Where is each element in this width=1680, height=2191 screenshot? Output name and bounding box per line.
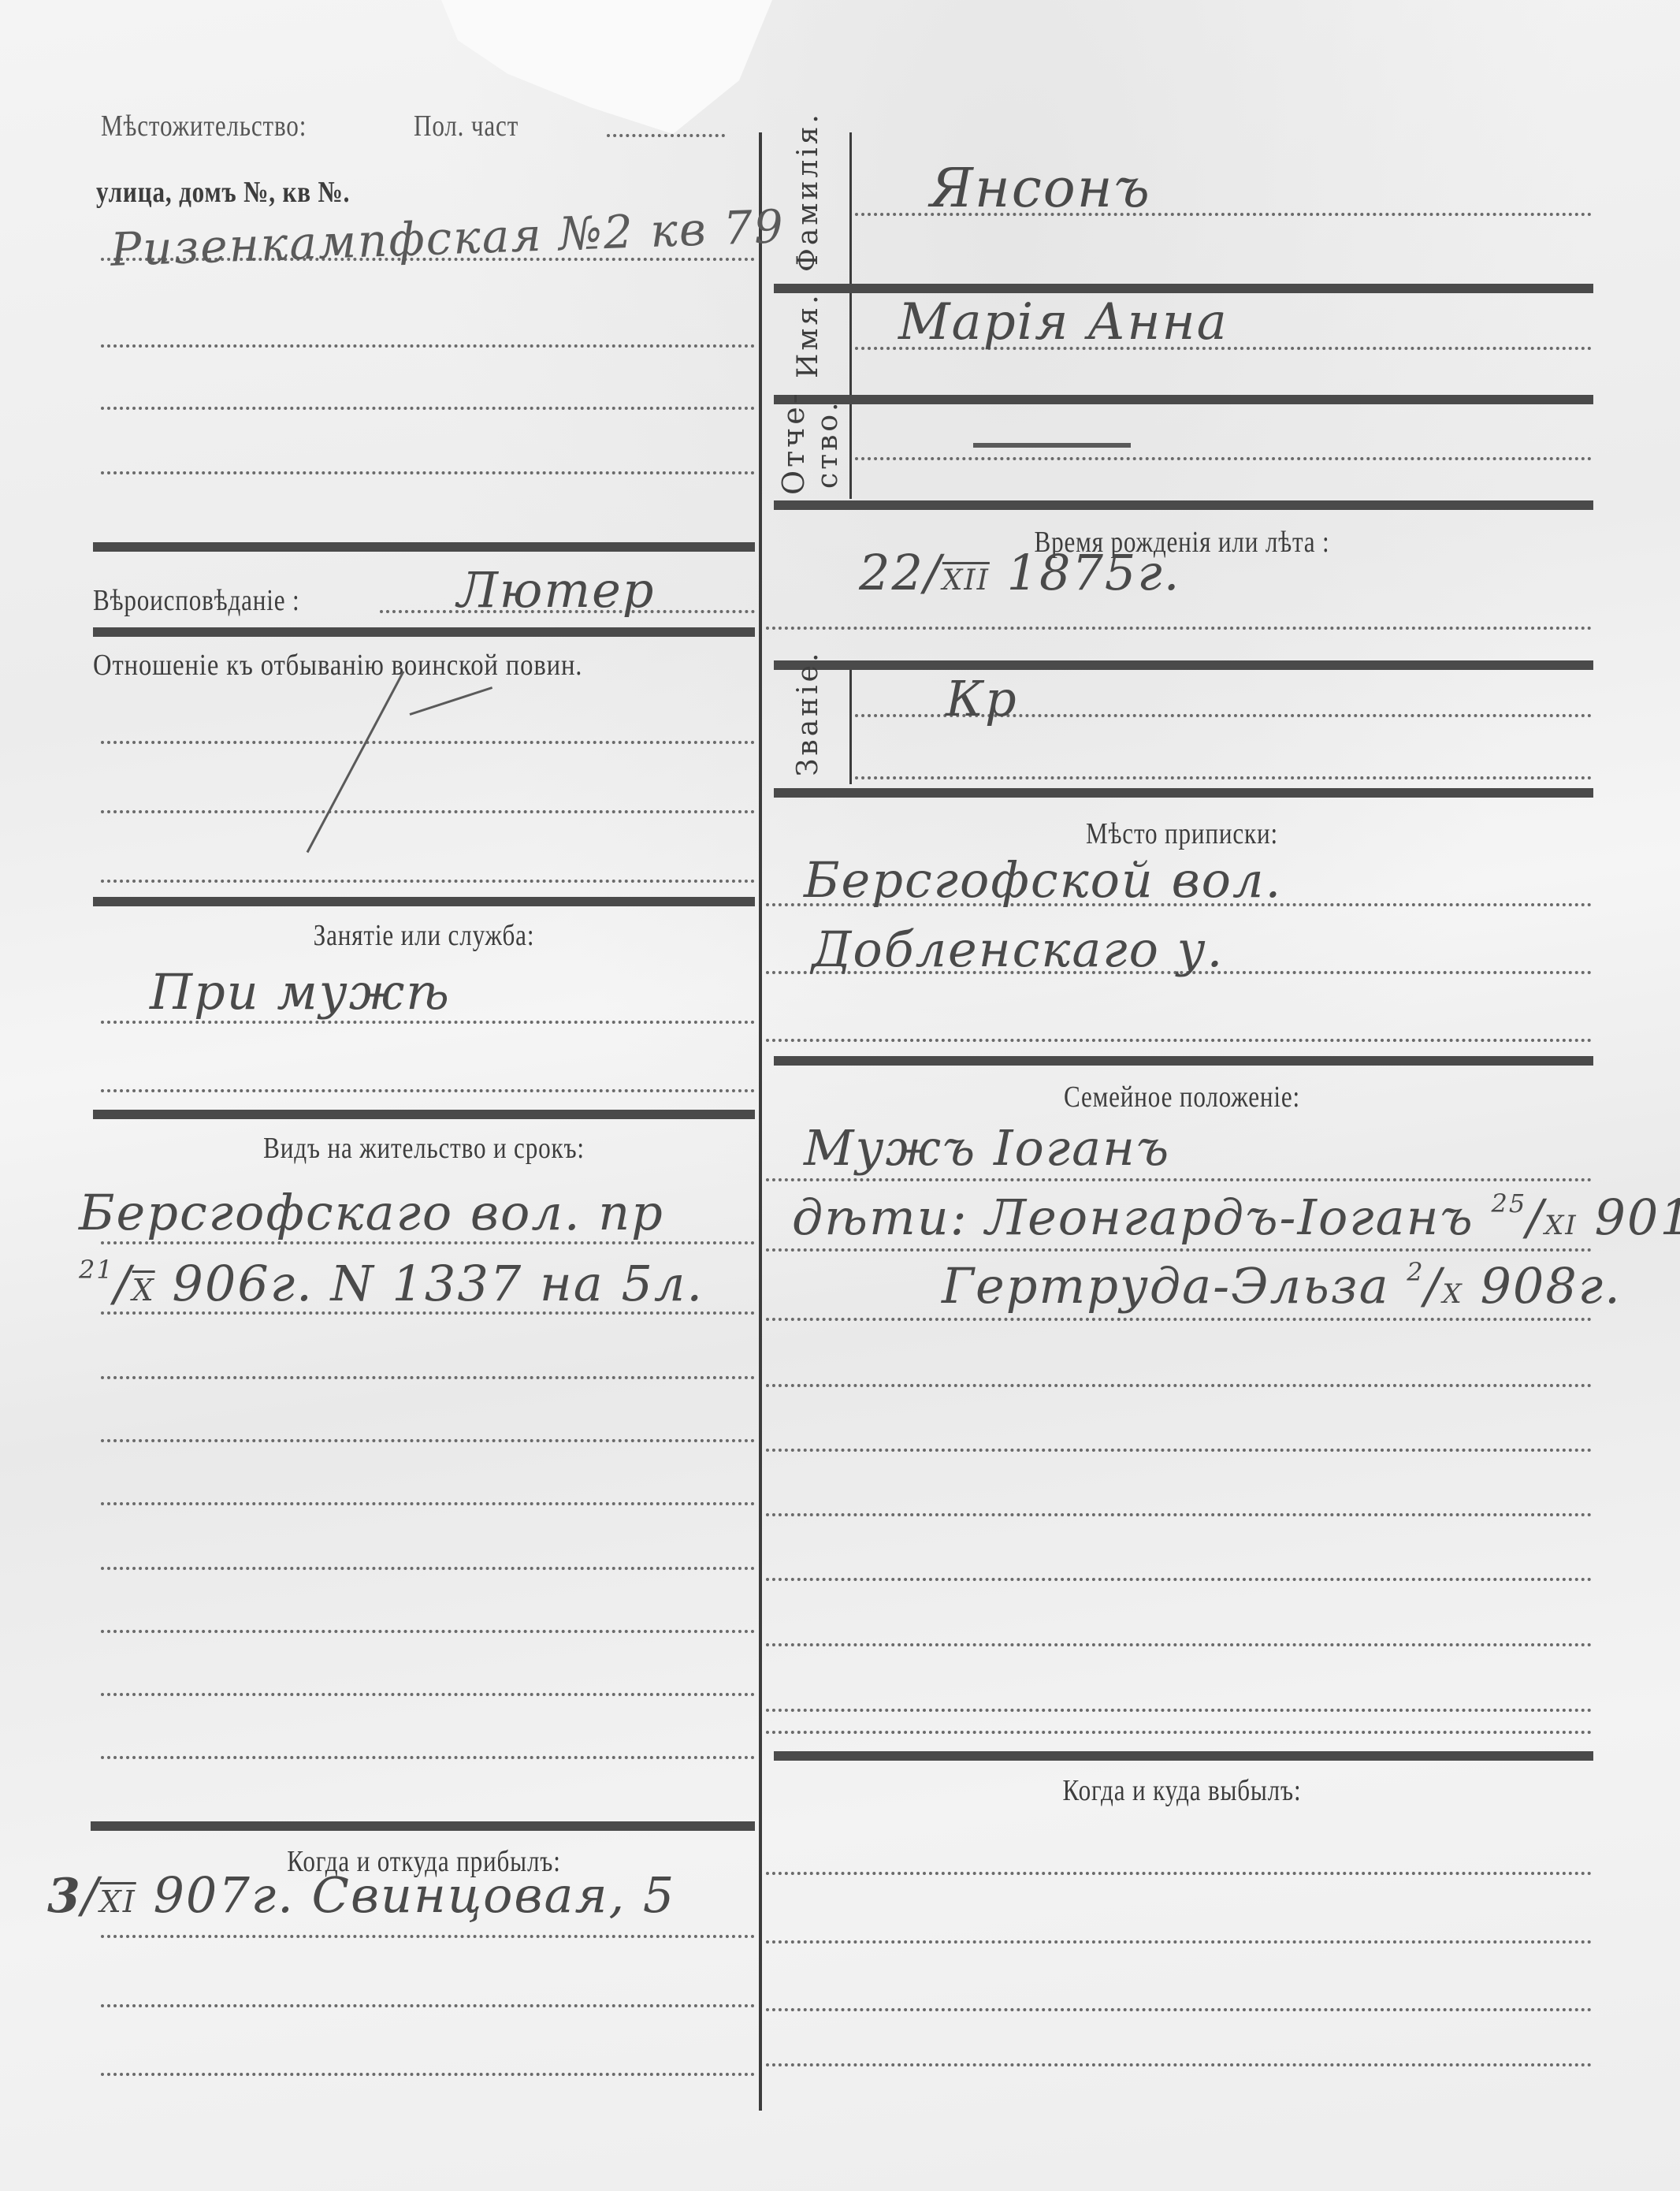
name-value[interactable]: Марія Анна bbox=[898, 293, 1228, 352]
dotted-line bbox=[766, 1940, 1592, 1944]
dotted-line bbox=[101, 407, 755, 410]
arrival-rest: 907г. Свинцовая, 5 bbox=[153, 1866, 675, 1924]
dotted-line bbox=[766, 1643, 1592, 1646]
family-husband[interactable]: Мужъ Іоганъ bbox=[804, 1119, 1170, 1177]
police-district-field[interactable] bbox=[607, 134, 725, 137]
dotted-line bbox=[766, 627, 1592, 630]
permit-month: X bbox=[132, 1273, 155, 1308]
dotted-line bbox=[766, 1449, 1592, 1452]
name-label: Имя. bbox=[792, 292, 824, 378]
dotted-line bbox=[101, 344, 755, 348]
surname-value[interactable]: Янсонъ bbox=[930, 158, 1151, 220]
fraction-slash: / bbox=[1526, 1188, 1544, 1246]
dotted-line bbox=[101, 1630, 755, 1633]
military-label: Отношеніе къ отбыванію воинской повин. bbox=[93, 648, 582, 683]
right-label-column-divider-top bbox=[849, 132, 852, 499]
dotted-line bbox=[766, 2008, 1592, 2011]
dotted-line bbox=[101, 1935, 755, 1938]
child1-day: 25 bbox=[1491, 1188, 1526, 1218]
dotted-line bbox=[766, 1384, 1592, 1387]
surname-label: Фамилія. bbox=[792, 111, 824, 272]
child1-month: XI bbox=[1544, 1210, 1578, 1241]
arrival-day: 3 bbox=[47, 1869, 82, 1924]
dotted-line bbox=[766, 1709, 1592, 1712]
dotted-line bbox=[101, 1693, 755, 1696]
fraction-slash: / bbox=[924, 544, 942, 601]
dotted-line bbox=[101, 1376, 755, 1379]
estate-value[interactable]: Кр bbox=[946, 670, 1018, 727]
residence-label: Мѣстожительство: bbox=[101, 109, 307, 143]
rule-left-5 bbox=[91, 1821, 755, 1831]
rule-right-4 bbox=[774, 660, 1593, 670]
religion-value[interactable]: Лютер bbox=[457, 561, 656, 619]
registration-line2[interactable]: Добленскаго у. bbox=[812, 921, 1224, 978]
registration-line1[interactable]: Берсгофской вол. bbox=[804, 851, 1282, 909]
birth-value[interactable]: 22/XII 1875г. bbox=[859, 544, 1180, 601]
registration-label: Мѣсто приписки: bbox=[846, 817, 1518, 851]
birth-day: 22 bbox=[859, 544, 924, 601]
residence-permit-line1[interactable]: Берсгофскаго вол. пр bbox=[79, 1184, 664, 1241]
child1-year: 901г. bbox=[1594, 1188, 1680, 1246]
family-label: Семейное положеніе: bbox=[846, 1080, 1518, 1114]
rule-right-3 bbox=[774, 500, 1593, 510]
rule-left-3 bbox=[93, 897, 755, 906]
rule-left-4 bbox=[93, 1110, 755, 1119]
children-prefix: дѣти: bbox=[792, 1188, 968, 1246]
right-label-column-divider-estate bbox=[849, 666, 852, 784]
dotted-line bbox=[101, 471, 755, 474]
residence-permit-label: Видъ на жительство и срокъ: bbox=[153, 1131, 696, 1166]
rule-right-2 bbox=[774, 395, 1593, 404]
departure-label: Когда и куда выбылъ: bbox=[846, 1773, 1518, 1808]
birth-year: 1875г. bbox=[1007, 544, 1181, 601]
dotted-line bbox=[766, 1731, 1592, 1734]
dotted-line bbox=[101, 741, 755, 744]
dotted-line bbox=[766, 1318, 1592, 1321]
fraction-slash: / bbox=[1425, 1257, 1443, 1315]
occupation-label: Занятіе или служба: bbox=[153, 918, 696, 953]
dotted-line bbox=[766, 2063, 1592, 2066]
child2-name: Гертруда-Эльза bbox=[942, 1257, 1390, 1315]
dotted-line bbox=[855, 457, 1592, 460]
rule-right-5 bbox=[774, 788, 1593, 798]
rule-right-7 bbox=[774, 1751, 1593, 1761]
dotted-line bbox=[101, 2004, 755, 2007]
dotted-line bbox=[101, 2073, 755, 2076]
fraction-slash: / bbox=[82, 1866, 100, 1924]
family-children-line1[interactable]: дѣти: Леонгардъ-Іоганъ 25/XI 901г. bbox=[792, 1188, 1680, 1246]
dotted-line bbox=[101, 1502, 755, 1505]
patronymic-label-2: ство. bbox=[812, 400, 844, 489]
dotted-line bbox=[101, 1089, 755, 1092]
dotted-line bbox=[101, 810, 755, 813]
residence-permit-line2[interactable]: 21/X 906г. N 1337 на 5л. bbox=[79, 1255, 704, 1312]
dotted-line bbox=[101, 1241, 755, 1244]
dotted-line bbox=[766, 1178, 1592, 1181]
street-label: улица, домъ №, кв №. bbox=[96, 175, 350, 210]
child2-month: X bbox=[1443, 1278, 1463, 1310]
dotted-line bbox=[101, 1756, 755, 1759]
permit-rest: 906г. N 1337 на 5л. bbox=[172, 1255, 704, 1312]
dotted-line bbox=[766, 1248, 1592, 1252]
child2-day: 2 bbox=[1407, 1257, 1424, 1287]
dotted-line bbox=[766, 1039, 1592, 1042]
family-children-line2[interactable]: Гертруда-Эльза 2/X 908г. bbox=[942, 1257, 1622, 1315]
patronymic-dash bbox=[973, 443, 1131, 448]
police-district-label: Пол. част bbox=[414, 109, 518, 143]
rule-left-1 bbox=[93, 542, 755, 552]
birth-month: XII bbox=[942, 564, 990, 597]
fraction-slash: / bbox=[114, 1255, 132, 1312]
dotted-line bbox=[101, 880, 755, 883]
dotted-line bbox=[855, 776, 1592, 779]
dotted-line bbox=[101, 1567, 755, 1570]
dotted-line bbox=[766, 1578, 1592, 1581]
dotted-line bbox=[766, 1872, 1592, 1875]
rule-right-1 bbox=[774, 284, 1593, 293]
dotted-line bbox=[766, 1513, 1592, 1516]
rule-left-2 bbox=[93, 627, 755, 637]
religion-label: Вѣроисповѣданіе : bbox=[93, 583, 299, 618]
arrival-month: XI bbox=[100, 1884, 136, 1919]
patronymic-label-1: Отче- bbox=[776, 390, 811, 495]
permit-day: 21 bbox=[79, 1255, 114, 1285]
child1-name: Леонгардъ-Іоганъ bbox=[985, 1188, 1474, 1246]
estate-label: Званіе. bbox=[792, 650, 824, 776]
center-divider bbox=[759, 132, 762, 2111]
dotted-line bbox=[101, 1439, 755, 1442]
rule-right-6 bbox=[774, 1056, 1593, 1066]
arrival-value[interactable]: 3/XI 907г. Свинцовая, 5 bbox=[47, 1866, 675, 1924]
dotted-line bbox=[101, 1021, 755, 1024]
occupation-value[interactable]: При мужѣ bbox=[150, 963, 451, 1021]
child2-year: 908г. bbox=[1480, 1257, 1621, 1315]
